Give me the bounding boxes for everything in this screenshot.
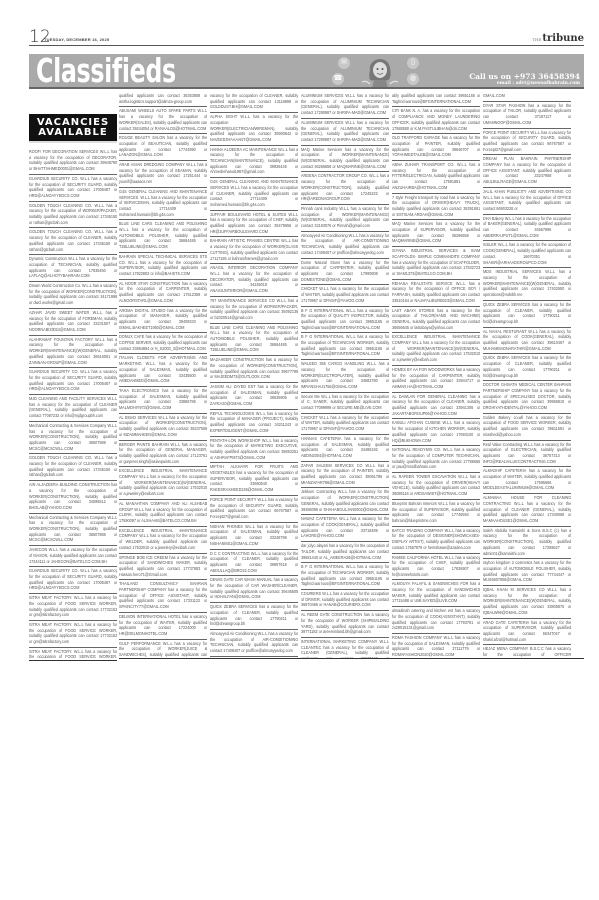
classified-ad: B F G INTERNATIONAL W.L.L has a vacancy …	[301, 563, 389, 590]
classified-ad: Mechanical Contracting & Services Compan…	[29, 422, 117, 455]
classified-ad: INTERNATIONAL MARKETING COMPANY W.L.L CL…	[301, 638, 389, 658]
classified-ad: MAQ Marine Services has a vacancy for th…	[392, 220, 480, 247]
phone-icon: ☎	[332, 73, 344, 85]
classified-ad: ARAD GATE CAFETERIA has a vacancy for th…	[483, 619, 571, 646]
classified-ad: Saleh Abdulla Kamaishi & Sons B.S.C (c) …	[483, 527, 571, 560]
column-5: ably qualified applicants can contact 39…	[392, 92, 480, 658]
classified-ad: GUARDIUS SECURITY CO. W.L.L has a vacanc…	[29, 567, 117, 594]
classified-ad: B F G INTERNATIONAL W.L.L has a vacancy …	[301, 307, 389, 334]
classified-ad: BERGER PAINTS BAHRAIN W.L.L has a vacanc…	[119, 441, 207, 468]
classified-ad: CHICKET W.L.L has a vacancy for the occu…	[301, 285, 389, 306]
masthead-logo: THEtribune	[532, 33, 584, 44]
classified-ad: Pinnah cans Industry W.L.L has a vacancy…	[301, 205, 389, 232]
classified-ad: CITI BANK N. A. has a vacancy for the oc…	[392, 107, 480, 134]
classified-ad: ARDENA CONTRACTOR GROUP CO. W.L.L has a …	[301, 172, 389, 205]
masthead-prefix: THE	[532, 37, 541, 42]
classified-ad: AL RAFEEN TOWER EXCAVATION W.L.L has a v…	[392, 473, 480, 500]
classified-ad: Real Value Contracting W.L.L has a vacan…	[483, 441, 571, 468]
classified-ad: ANAGIL INTERIOR DECORATION COMPANY W.L.L…	[210, 264, 298, 297]
classified-ad: ALUMINIUM SERVICES W.L.L has a vacancy f…	[301, 92, 389, 119]
vacancies-heading: VACANCIES AVAILABLE	[29, 114, 117, 143]
classifieds-banner: Classifieds ✉ ☎ ▯ ◍ Call us on +973 3645…	[29, 54, 584, 87]
classified-ad: ROMA FASHION COMPANY W.L.L has a vacancy…	[392, 634, 480, 658]
classified-ad: DEWIS GATE CAR WASH MANUAL has a vacancy…	[210, 576, 298, 603]
page-header: 12 TUESDAY, DECEMBER 16, 2025 THEtribune	[29, 30, 584, 46]
classified-ad: Almoayyed Air Conditioning W.L.L has a v…	[301, 232, 389, 259]
classified-ad: HOMES BY AA FOR WOODWORKS has a vacancy …	[392, 366, 480, 393]
classified-ad: AL DAWLAN FOR GENERAL CLEANING has a vac…	[392, 393, 480, 420]
classified-ad: GOLDEN TOUCH CLEANING CO. W.L.L has a va…	[29, 228, 117, 255]
classified-ad: G4S GENERAL CLEANING AND MAINTENANCE SER…	[210, 178, 298, 211]
classified-ad: AZHAR JAVID SWEET WATER W.L.L has a vaca…	[29, 309, 117, 336]
classified-ad: AL NAHAL RESTURANT W.L.L has a vacancy f…	[483, 328, 571, 355]
classified-ad: AIN ALJAZEERA BUILDING CONSTRUCTION has …	[29, 481, 117, 514]
classified-ad: DHA Bakery W.L.L has a vacancy for the o…	[483, 215, 571, 242]
page-date: TUESDAY, DECEMBER 16, 2025	[44, 37, 109, 42]
classified-ad: ALPHA SIGHT W.L.L has a vacancy for the …	[210, 113, 298, 146]
classified-ad: BAHRAIN ARTISTIC FRAMES CENTRE W.L.L has…	[210, 237, 298, 264]
classified-ad: HEJAZ MENA COMPANY B.S.C.C has a vacancy…	[483, 645, 571, 658]
operator-illustration-icon	[358, 56, 402, 87]
classified-ad: ALUMINIUM SERVICES W.L.L has a vacancy f…	[301, 119, 389, 146]
classified-ad: DELMON INTERNATIONAL HOTEL has a vacancy…	[119, 613, 207, 640]
classified-ad: DOCTOR GHIVATH MEDICAL CENTER BAHRAIN PA…	[483, 381, 571, 414]
classified-ad: MIFTAH ALKHAYR FOR FRUITS AND VEGETABLES…	[210, 463, 298, 496]
classified-ad: ROUGE BEAUTY SALON has a vacancy for the…	[119, 134, 207, 161]
classified-ad: THAILAND CONSULTANCY BAHRAIN PARTNERSHIP…	[119, 580, 207, 613]
classified-ad: JALIL KHAN PUBLICITY AND ADVERTISING CO …	[483, 188, 571, 215]
column-3: vacancy for the occupation of CLEANER, s…	[210, 92, 298, 658]
classified-ad: ROOF! FOR DECORATION SERVICES W.L.L has …	[29, 148, 117, 175]
classified-ad: KABULI AFGHAN CUISINE W.L.L has a vacanc…	[392, 419, 480, 446]
call-us-text: Call us on +973 36458394	[469, 72, 580, 81]
classified-ad: ALMOUYA FALAFIL & SANDWICHES FOR has a v…	[392, 580, 480, 607]
classified-ad: Secure Me W.L.L has a vacancy for the oc…	[301, 393, 389, 414]
mobile-icon: ▯	[407, 57, 419, 69]
banner-title: Classifieds	[36, 54, 176, 87]
classified-ad: BLUE LINE CARS CLEANING AND POLISHING W.…	[210, 324, 298, 357]
classified-ad: WALEED 356 CARGO HANDLING W.L.L has a va…	[301, 360, 389, 393]
classified-ad: FORCE POINT SECURITY W.L.L has a vacancy…	[210, 496, 298, 523]
classified-ad: JUFFAIR BOULEVARD HOTEL & SUITES W.L.L h…	[210, 211, 298, 238]
classified-ad: Dome Natural Stone has a vacancy for the…	[301, 259, 389, 286]
column-1: VACANCIES AVAILABLE ROOF! FOR DECORATION…	[29, 92, 117, 658]
classified-ad: DYAR STAR FASHION has a vacancy for the …	[483, 102, 571, 129]
classified-ad: REHANA REALSTATE SERVICE W.L.L has a vac…	[392, 280, 480, 307]
masthead-title: tribune	[542, 33, 584, 44]
classified-ad: B F G INTERNATIONAL W.L.L has a vacancy …	[301, 333, 389, 360]
classified-ad: Almoayyed Air Conditioning W.L.L has a v…	[210, 630, 298, 657]
column-end-rule	[29, 660, 117, 661]
banner-divider	[29, 87, 584, 89]
classified-ad: GUARDIUS SECURITY CO. W.L.L has a vacanc…	[29, 175, 117, 202]
classified-ad: FORCE POINT SECURITY W.L.L has a vacancy…	[483, 129, 571, 156]
classified-ad: IQBAL KHAN M SERVICES CO W.L.L has a vac…	[483, 586, 571, 619]
classified-ad: qualified applicants can contact 3635380…	[119, 92, 207, 107]
classified-ad: NATIONAL READYMIX CO. W.L.L has a vacanc…	[392, 446, 480, 473]
classified-ad: MAQ Marine Services has a vacancy for th…	[301, 146, 389, 173]
classified-ad: vacancy for the occupation of CLEANER, s…	[210, 92, 298, 113]
classified-ad: DONUX CAFE has a vacancy for the occupat…	[119, 333, 207, 354]
classified-ad: CHICKET W.L.L has a vacancy for the occu…	[301, 414, 389, 435]
classified-ad: dar jolyo alayari has a vacancy for the …	[301, 542, 389, 563]
classified-ad: NISHAN PHONES W.L.L has a vacancy for th…	[210, 523, 298, 550]
classified-ad: GOLDEN TOUCH CLEANING CO. W.L.L has a va…	[29, 454, 117, 481]
classified-ad: SITRA MEAT FACTORY. W.L.L has a vacancy …	[29, 594, 117, 621]
classified-ad: BATCO TRADING COMPANY W.L.L has a vacanc…	[392, 527, 480, 554]
vacancies-heading-line2: AVAILABLE	[29, 128, 117, 138]
classified-ad: SPONGE BOB ICE CREEM has a vacancy for t…	[119, 554, 207, 581]
classified-ad: Dream World Construction Co. W.L.L has a…	[29, 282, 117, 309]
classified-ad: MAZAHEER CONSTRUCTION has a vacancy for …	[210, 356, 298, 383]
classified-ad: ABUSAMI WHEELS AUTO SPARE PARTS W.L.L ha…	[119, 107, 207, 134]
classified-ad: ALMAMAA HOUSE FOR CLEANING CONTRACTING W…	[483, 494, 571, 527]
classified-ad: almadinah catering and kitchen est has a…	[392, 607, 480, 634]
classified-ad: AL REEM GATE CONSTRUCTION has a vacancy …	[301, 611, 389, 638]
classified-ad: Jebkum Contracting W.L.L has a vacancy f…	[301, 488, 389, 515]
classified-ad: MDS INDUSTRIAL SERVICES W.L.L has a vaca…	[483, 268, 571, 301]
classified-ad: EXCELLENCE INDUSTRIAL MAINTENANCE COMPAN…	[119, 527, 207, 554]
classified-ad: OLD TRAFFORD GARAGE has a vacancy for th…	[392, 134, 480, 161]
classified-ad: SISLER W.L.L has a vacancy for the occup…	[483, 241, 571, 268]
classified-ad: GOLDEN TOUCH CLEANING CO. W.L.L has a va…	[29, 202, 117, 229]
classified-ad: RAMEE CALIFORNIA HOTEL W.L.L has a vacan…	[392, 554, 480, 581]
classified-ad: D C C CONTRACTING W.L.L has a vacancy fo…	[210, 550, 298, 577]
classified-ad: JAHECON W.L.L has a vacancy for the occu…	[29, 546, 117, 567]
classified-ad: HANNAS CAFETERIA has a vacancy for the o…	[301, 435, 389, 462]
classified-ad: REPUL TECHNOLOGIES W.L.L has a vacancy f…	[210, 410, 298, 437]
classified-ad: ITALIAN CLOSETS FOR ADVERTISING AND MARK…	[119, 354, 207, 387]
classified-ad: SITRA MEAT FACTORY. W.L.L has a vacancy …	[29, 621, 117, 648]
column-end-rule	[119, 658, 584, 659]
classified-ad: BLUE LINE CARS CLEANING AND POLISHING W.…	[119, 220, 207, 253]
classified-ad: ALAHRAMAT FOUNTAIN FACTORY W.L.L has a v…	[29, 336, 117, 369]
column-2: qualified applicants can contact 3635380…	[119, 92, 207, 658]
classified-ad: EXCELLENCE INDUSTRIAL MAINTENANCE COMPAN…	[119, 467, 207, 500]
column-6: GMAIL.COMDYAR STAR FASHION has a vacancy…	[483, 92, 571, 658]
classified-ad: ALMADHIF CAFETERIA has a vacancy for the…	[483, 467, 571, 494]
classified-ad: AROMA DIGITAL STUDIO has a vacancy for t…	[119, 307, 207, 334]
classified-ad: PENTATH-LON WORKSHOP W.L.L has a vacancy…	[210, 437, 298, 464]
envelope-icon: ✉	[338, 57, 350, 69]
classified-ad: Mechanical Contracting & Services Compan…	[29, 514, 117, 547]
classified-ad: AL NOOR STAR CONSTRUCTION has a vacancy …	[119, 280, 207, 307]
classified-ad: QUICK ZEBRA SERVICES has a vacancy for t…	[483, 301, 571, 328]
globe-icon: ◍	[407, 73, 419, 85]
classified-ad: rayhon kingdom 2 cosmetics has a vacancy…	[483, 559, 571, 586]
classified-ad: 7 style Freight transport by road has a …	[392, 194, 480, 221]
classified-ad: EXCELLENCE INDUSTRIAL MAINTENANCE COMPAN…	[392, 333, 480, 366]
classified-ad: ZAFAR SALEEM SERVICES CO W.L.L has a vac…	[301, 462, 389, 489]
classified-ad: TAHA ELECTRONICS has a vacancy for the o…	[119, 387, 207, 414]
classified-ad: MJD CLEANING AND FACILITY SERVICES W.L.L…	[29, 395, 117, 422]
classified-ad: ABNA ZUHAIR TRANSPORT CO. W.L.L has a va…	[392, 161, 480, 194]
classified-ad: JASSIM ALI ZAYED EST has a vacancy for t…	[210, 383, 298, 410]
classified-ad: QUICK ZEBRA SERVICES has a vacancy for t…	[210, 603, 298, 630]
email-text: email : advt@newsofbahrain.com	[497, 81, 580, 86]
classified-ad: BAHRAIN SPECIAL TECHNICAL SERVICES STS C…	[119, 253, 207, 280]
classified-ad: AL EMAD SERVICES W.L.L has a vacancy for…	[119, 414, 207, 441]
classifieds-columns: VACANCIES AVAILABLE ROOF! FOR DECORATION…	[29, 92, 584, 842]
classified-ad: AL MANAHTAIN COMPANY AND ALI ALSHEAB GRO…	[119, 500, 207, 527]
column-4: ALUMINIUM SERVICES W.L.L has a vacancy f…	[301, 92, 389, 658]
classified-ad: QUICK ZEBRA SERVICES has a vacancy for t…	[483, 354, 571, 381]
classified-ad: SITRA MEAT FACTORY. W.L.L has a vacancy …	[29, 648, 117, 658]
classified-ad: COURIERS W.L.L has a vacancy for the occ…	[301, 590, 389, 611]
classified-ad: SIYANA INDUSTRIAL SERVICES & SIAM SCAFFO…	[392, 247, 480, 280]
classified-ad: LAST ABAYA STORES has a vacancy for the …	[392, 307, 480, 334]
classified-ad: Golden Bakery co.wll has a vacancy for t…	[483, 414, 571, 441]
classified-ad: G4S GENERAL CLEANING AND MAINTENANCE SER…	[119, 188, 207, 221]
classified-ad: Dynamic Construction W.L.L has a vacancy…	[29, 255, 117, 282]
classified-ad: Blueprint Bahrain Interiors W.L.L has a …	[392, 500, 480, 527]
classified-ad: GUARDIUS SECURITY CO. W.L.L has a vacanc…	[29, 368, 117, 395]
classified-ad: 797 MAINTENANCE SERVICES CO W.L.L has a …	[210, 297, 298, 324]
classified-ad: DREAM PLAN BAHRAIN PARTNERSHIP COMPANY h…	[483, 155, 571, 188]
classified-ad: ARAB ASIAN DREDGING COMPANY W.L.L has a …	[119, 161, 207, 188]
classified-ad: GULF PERFORMANCE W.L.L has a vacancy for…	[119, 640, 207, 658]
classified-ad: HANNA ALOEERA AC MAINTENANCE W.L.L has a…	[210, 146, 298, 179]
classified-ad: ably qualified applicants can contact 39…	[392, 92, 480, 107]
classified-ad: GMAIL.COM	[483, 92, 571, 102]
classified-ad: NAWAZ CAFETERIA W.L.L has a vacancy for …	[301, 515, 389, 542]
